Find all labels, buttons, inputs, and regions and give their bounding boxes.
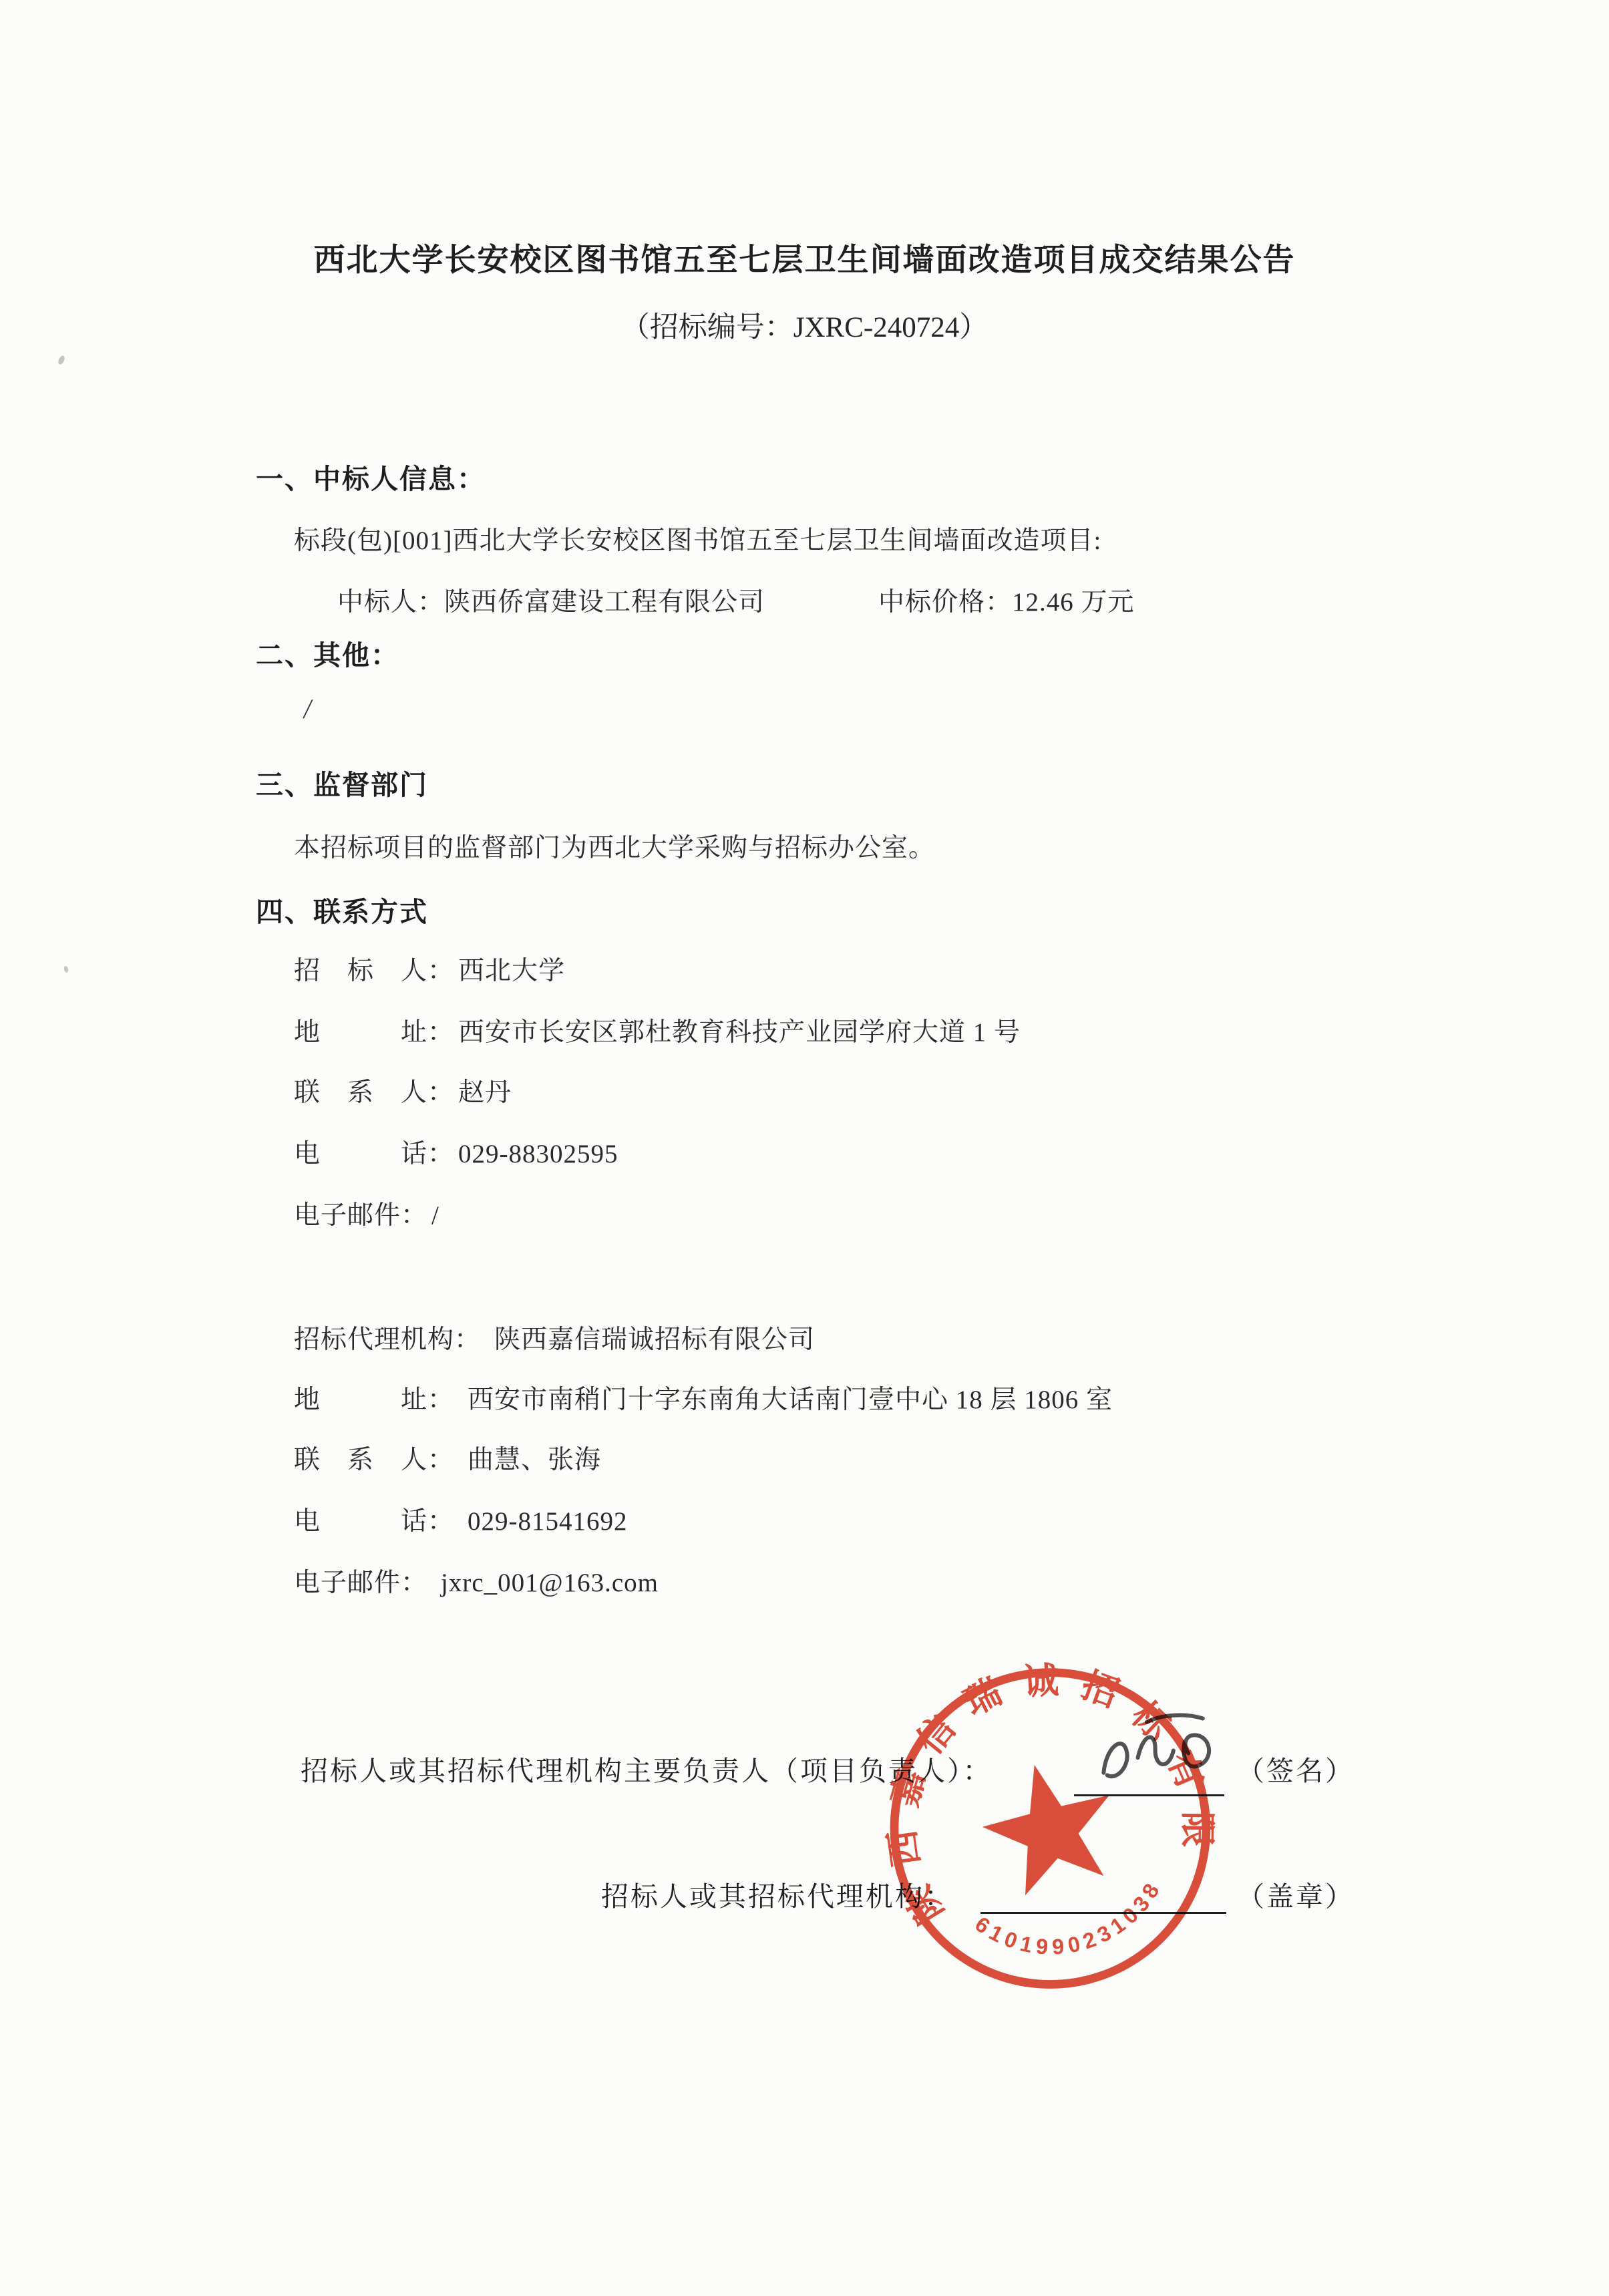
- seal-graphic: 陕西嘉信瑞诚招标有限公司 6101990231038: [844, 1622, 1256, 2035]
- contact-row-agency-address: 地 址：西安市南稍门十字东南角大话南门壹中心 18 层 1806 室: [294, 1379, 1113, 1416]
- contact-label: 地 址：: [294, 1018, 454, 1047]
- document-title: 西北大学长安校区图书馆五至七层卫生间墙面改造项目成交结果公告: [0, 235, 1609, 280]
- section-supervision-heading: 三、监督部门: [256, 763, 428, 802]
- seal-number-arc: 6101990231038: [967, 1868, 1174, 1980]
- contact-label: 招标代理机构：: [294, 1325, 481, 1354]
- contact-label: 联 系 人：: [294, 1446, 454, 1474]
- price-line: 中标价格：12.46 万元: [878, 581, 1135, 619]
- scan-speckle: [63, 965, 69, 973]
- contact-value: 陕西嘉信瑞诚招标有限公司: [481, 1325, 815, 1354]
- contact-row-agency-email: 电子邮件：jxrc_001@163.com: [294, 1562, 659, 1599]
- contact-row-agency-person: 联 系 人：曲慧、张海: [294, 1439, 601, 1476]
- document-page: 西北大学长安校区图书馆五至七层卫生间墙面改造项目成交结果公告 （招标编号：JXR…: [0, 0, 1609, 2296]
- supervision-content: 本招标项目的监督部门为西北大学采购与招标办公室。: [294, 827, 935, 864]
- contact-value: 029-81541692: [454, 1507, 628, 1536]
- contact-value: jxrc_001@163.com: [427, 1569, 659, 1597]
- contact-value: 曲慧、张海: [454, 1446, 601, 1474]
- price-label: 中标价格：: [878, 588, 1012, 617]
- contact-label: 电子邮件：: [294, 1201, 427, 1230]
- official-seal: 陕西嘉信瑞诚招标有限公司 6101990231038: [844, 1622, 1257, 2038]
- contact-label: 电 话：: [294, 1140, 454, 1168]
- contact-value: 029-88302595: [454, 1140, 618, 1168]
- contact-row-agency-phone: 电 话：029-81541692: [294, 1500, 628, 1538]
- contact-value: 西北大学: [454, 957, 565, 985]
- contact-label: 地 址：: [294, 1385, 454, 1414]
- section-winner-heading: 一、中标人信息：: [256, 457, 486, 496]
- scan-speckle: [57, 355, 65, 365]
- other-content: /: [302, 693, 314, 725]
- winner-line: 中标人：陕西侨富建设工程有限公司: [337, 581, 765, 619]
- tender-number: （招标编号：JXRC-240724）: [0, 305, 1609, 345]
- winner-label: 中标人：: [337, 588, 444, 617]
- contact-row-tenderer-phone: 电 话：029-88302595: [294, 1133, 618, 1170]
- contact-value: 赵丹: [454, 1078, 512, 1107]
- lot-line: 标段(包)[001]西北大学长安校区图书馆五至七层卫生间墙面改造项目:: [294, 520, 1101, 557]
- seal-number-text: 6101990231038: [967, 1868, 1174, 1980]
- seal-star-icon: [971, 1749, 1128, 1901]
- section-other-heading: 二、其他：: [256, 633, 399, 673]
- contact-value: 西安市南稍门十字东南角大话南门壹中心 18 层 1806 室: [454, 1385, 1113, 1414]
- contact-label: 联 系 人：: [294, 1078, 454, 1107]
- contact-value: /: [427, 1201, 439, 1230]
- contact-row-tenderer-person: 联 系 人：赵丹: [294, 1072, 512, 1109]
- contact-value: 西安市长安区郭杜教育科技产业园学府大道 1 号: [454, 1018, 1021, 1047]
- contact-label: 电 话：: [294, 1507, 454, 1536]
- contact-label: 招 标 人：: [294, 957, 454, 985]
- sign-suffix: （签名）: [1237, 1749, 1355, 1788]
- section-contact-heading: 四、联系方式: [256, 890, 428, 929]
- contact-row-tenderer-address: 地 址：西安市长安区郭杜教育科技产业园学府大道 1 号: [294, 1011, 1021, 1049]
- price-value: 12.46 万元: [1012, 588, 1135, 617]
- contact-row-tenderer-email: 电子邮件：/: [294, 1194, 439, 1232]
- contact-label: 电子邮件：: [294, 1569, 427, 1597]
- seal-suffix: （盖章）: [1237, 1874, 1355, 1914]
- contact-row-agency-name: 招标代理机构：陕西嘉信瑞诚招标有限公司: [294, 1319, 815, 1356]
- contact-row-tenderer-name: 招 标 人：西北大学: [294, 950, 565, 987]
- winner-name: 陕西侨富建设工程有限公司: [444, 588, 765, 617]
